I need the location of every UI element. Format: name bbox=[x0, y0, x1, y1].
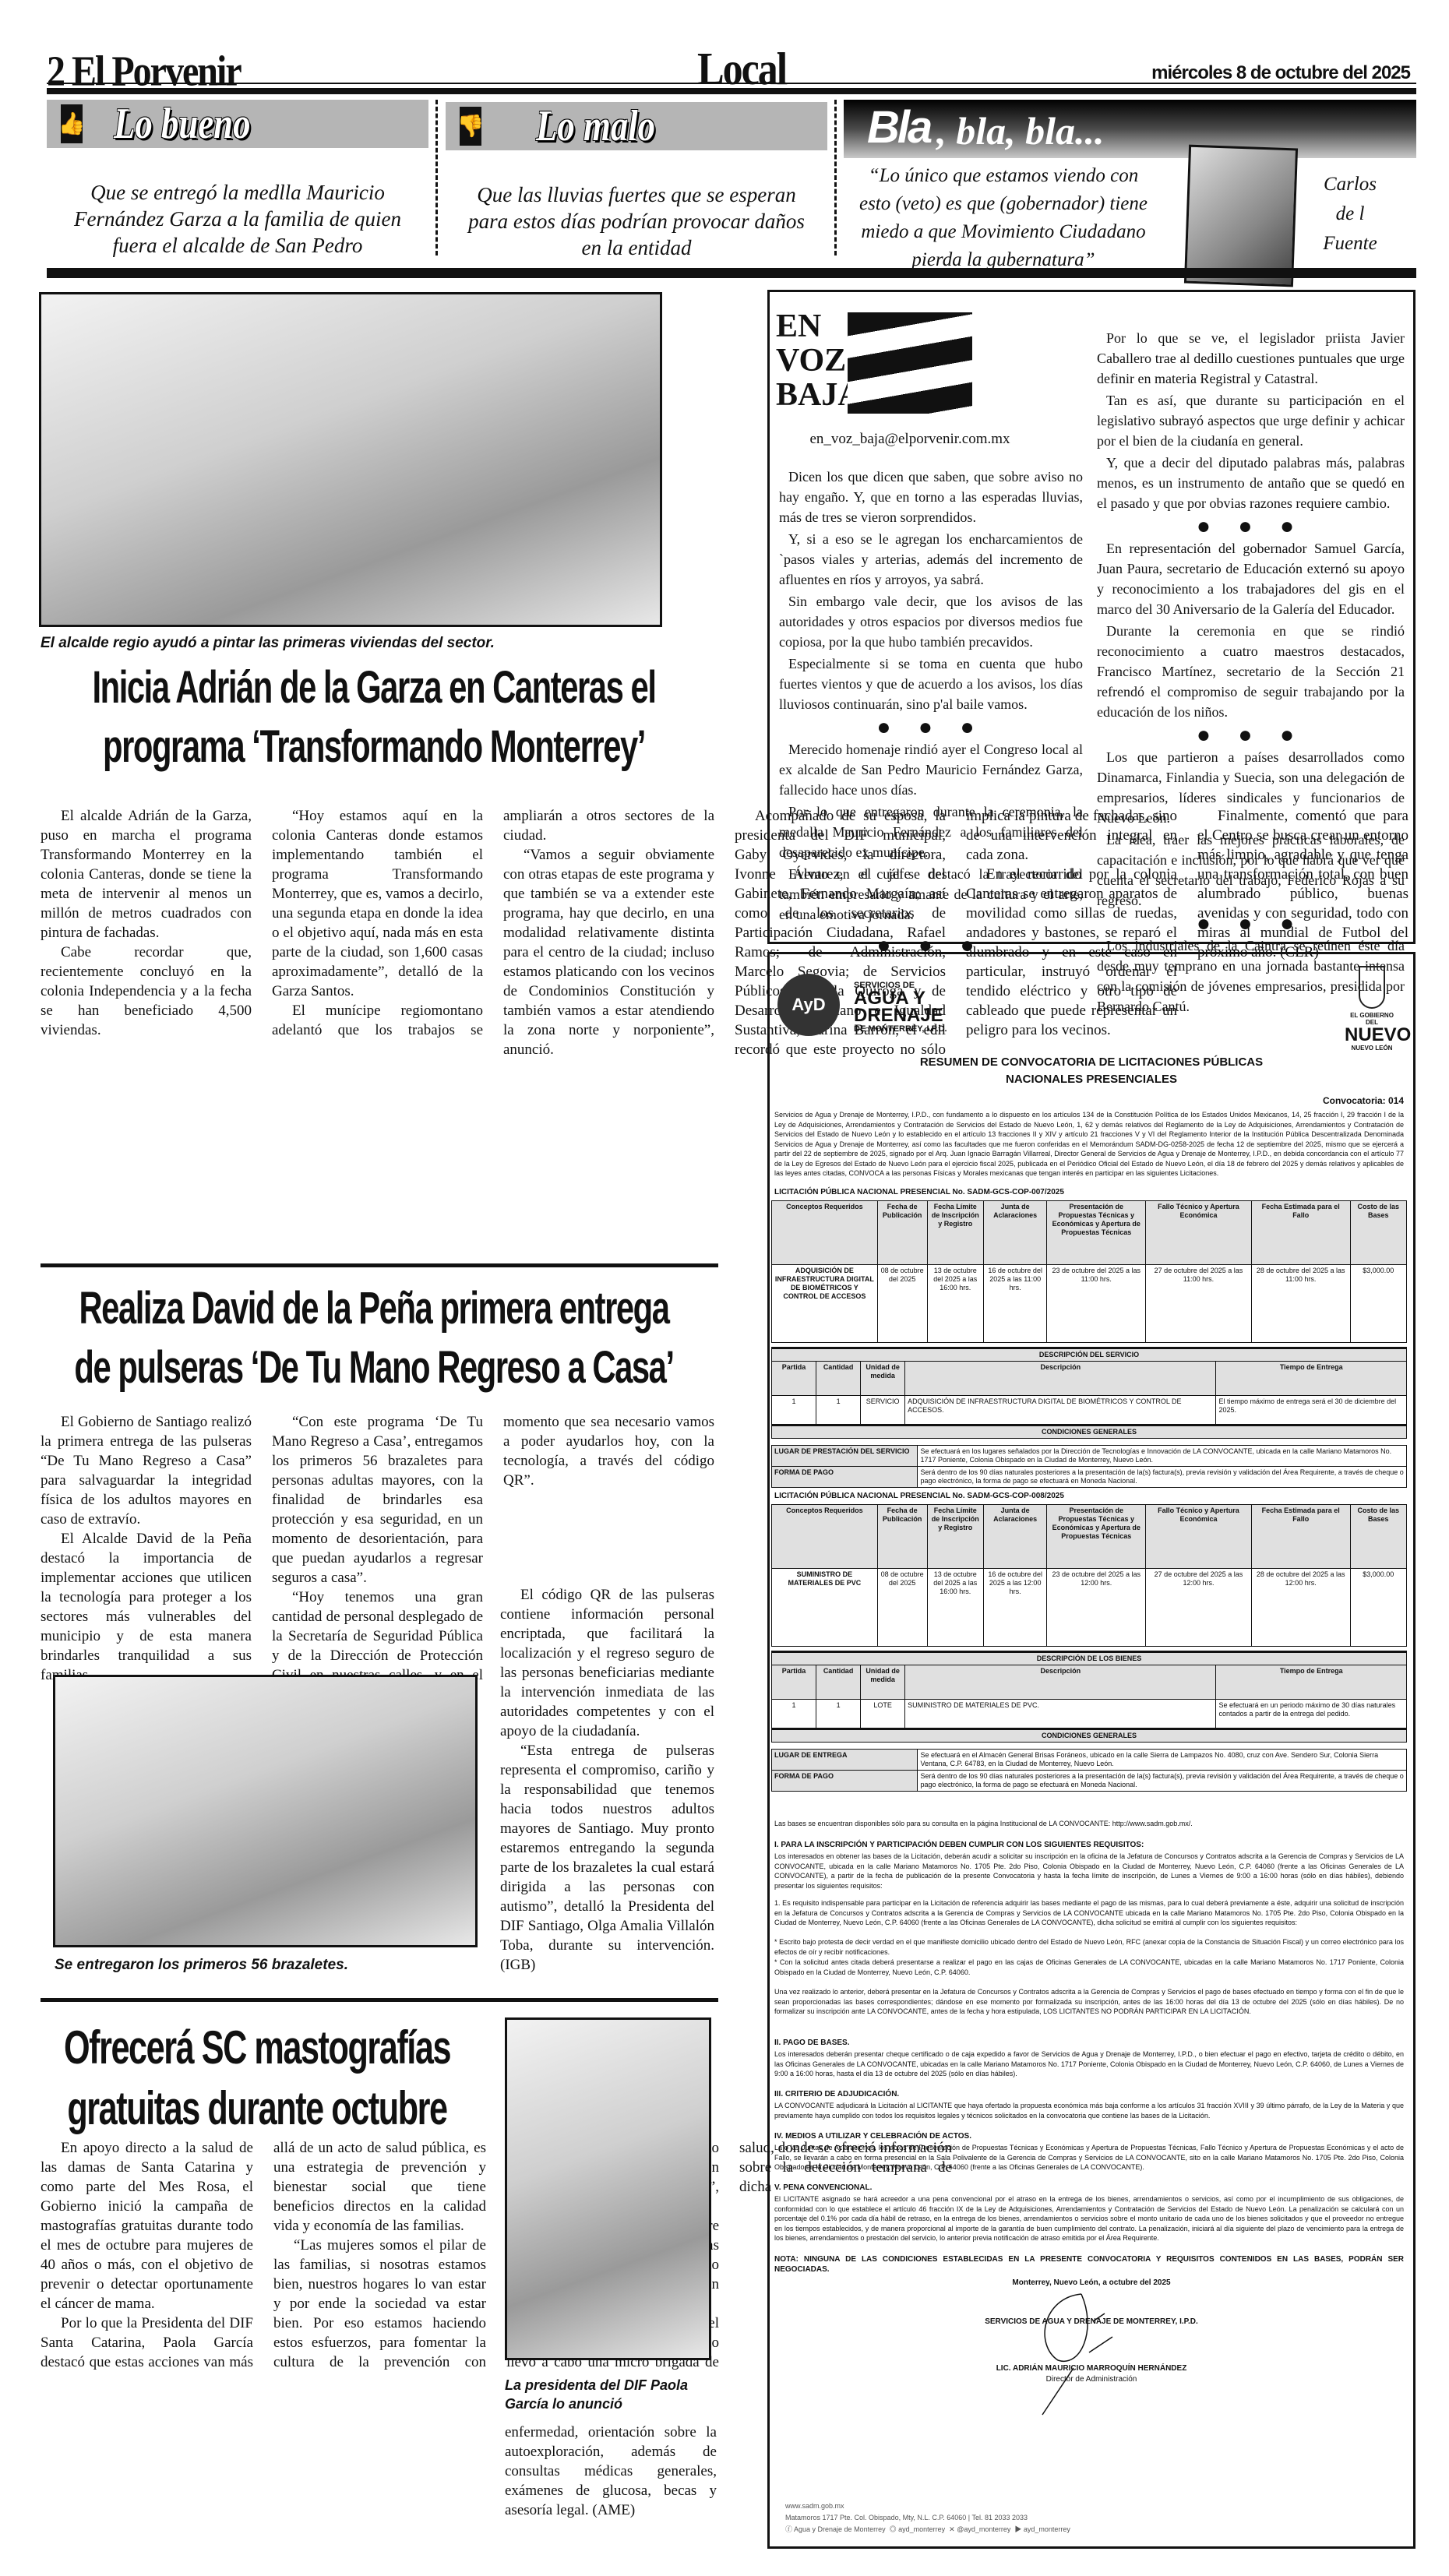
article1-caption: El alcalde regio ayudó a pintar las prim… bbox=[41, 635, 495, 652]
sadm-logo-text: SERVICIOS DE AGUA Y DRENAJE DE MONTERREY… bbox=[854, 981, 947, 1034]
social-handle[interactable]: Agua y Drenaje de Monterrey bbox=[794, 2525, 886, 2533]
table-header: Fecha Límite de Inscripción y Registro bbox=[927, 1201, 983, 1265]
footer-website[interactable]: www.sadm.gob.mx bbox=[785, 2500, 1070, 2512]
table-header: Costo de las Bases bbox=[1350, 1201, 1406, 1265]
section-3-text: LA CONVOCANTE adjudicará la Licitación a… bbox=[774, 2101, 1404, 2120]
coat-of-arms-icon bbox=[1359, 966, 1385, 1009]
table-cell: 1 bbox=[816, 1700, 861, 1729]
table-header: Partida bbox=[772, 1665, 816, 1700]
x-icon: ✕ bbox=[949, 2525, 957, 2533]
licitacion-2-table: Conceptos Requeridos Fecha de Publicació… bbox=[771, 1504, 1407, 1647]
table-cell: 28 de octubre del 2025 a las 12:00 hrs. bbox=[1251, 1569, 1350, 1647]
youtube-icon: ▶ bbox=[1014, 2525, 1024, 2533]
table-header: Fecha de Publicación bbox=[877, 1201, 927, 1265]
convocatoria-number: Convocatoria: 014 bbox=[1323, 1095, 1404, 1106]
thumbs-down-icon: 👎 bbox=[460, 107, 481, 146]
header-rule-thin bbox=[47, 83, 1416, 84]
section-1-bullet: * Con la solicitud antes citada deberá p… bbox=[774, 1958, 1404, 1977]
separator-dots: ● ● ● bbox=[779, 716, 1083, 739]
bla-person-name: Carlos de l Fuente bbox=[1319, 170, 1381, 259]
column-paragraph: Y, si a eso se le agregan los encharcami… bbox=[779, 529, 1083, 590]
table-cell: ADQUISICIÓN DE INFRAESTRUCTURA DIGITAL D… bbox=[772, 1265, 878, 1343]
social-handle[interactable]: ayd_monterrey bbox=[1024, 2525, 1070, 2533]
condition-text: Se efectuará en los lugares señalados po… bbox=[918, 1446, 1407, 1467]
social-handle[interactable]: ayd_monterrey bbox=[898, 2525, 945, 2533]
condition-label: FORMA DE PAGO bbox=[772, 1771, 918, 1792]
logo-line: DE MONTERREY, I.P.D. bbox=[854, 1024, 947, 1034]
table-header: Tiempo de Entrega bbox=[1216, 1665, 1407, 1700]
sadm-logo-icon: AyD bbox=[777, 974, 840, 1036]
table-band: CONDICIONES GENERALES bbox=[772, 1425, 1407, 1439]
table-header: Fecha Estimada para el Fallo bbox=[1251, 1201, 1350, 1265]
top-section-rule bbox=[47, 268, 1416, 278]
condition-text: Será dentro de los 90 días naturales pos… bbox=[918, 1467, 1407, 1488]
logo-line: NUEVO LEÓN bbox=[1345, 1045, 1399, 1052]
table-header: Descripción bbox=[905, 1665, 1216, 1700]
table-cell: 13 de octubre del 2025 a las 16:00 hrs. bbox=[927, 1265, 983, 1343]
lo-malo-text: Que las lluvias fuertes que se esperan p… bbox=[446, 181, 827, 261]
social-handle[interactable]: @ayd_monterrey bbox=[957, 2525, 1010, 2533]
column-paragraph: Durante la ceremonia en que se rindió re… bbox=[1097, 621, 1405, 722]
bla-title-rest: , bla, bla... bbox=[936, 108, 1104, 153]
section-1-requirement: 1. Es requisito indispensable para parti… bbox=[774, 1898, 1404, 1928]
section-3-title: III. CRITERIO DE ADJUDICACIÓN. bbox=[774, 2090, 1404, 2100]
table-band: DESCRIPCIÓN DEL SERVICIO bbox=[772, 1348, 1407, 1362]
table-header: Descripción bbox=[905, 1362, 1216, 1396]
table-header: Unidad de medida bbox=[861, 1362, 905, 1396]
column-divider bbox=[834, 100, 837, 255]
table-header: Partida bbox=[772, 1362, 816, 1396]
article1-paragraph: El alcalde Adrián de la Garza, puso en m… bbox=[41, 806, 252, 943]
article3-caption: La presidenta del DIF Paola García lo an… bbox=[505, 2376, 715, 2413]
title-line: NACIONALES PRESENCIALES bbox=[770, 1071, 1413, 1088]
footer-address: Matamoros 1717 Pte. Col. Obispado, Mty, … bbox=[785, 2512, 1070, 2524]
signer-title: Director de Administración bbox=[770, 2375, 1413, 2384]
article2-photo bbox=[53, 1675, 478, 1947]
article3-body: En apoyo directo a la salud de las damas… bbox=[41, 2138, 486, 2387]
column-divider bbox=[435, 100, 438, 255]
en-voz-baja-col1: Dicen los que dicen que saben, que sobre… bbox=[779, 467, 1083, 957]
licitacion-notice: AyD SERVICIOS DE AGUA Y DRENAJE DE MONTE… bbox=[767, 952, 1416, 2549]
table-header: Presentación de Propuestas Técnicas y Ec… bbox=[1047, 1505, 1146, 1569]
table-header: Cantidad bbox=[816, 1665, 861, 1700]
table-header: Tiempo de Entrega bbox=[1216, 1362, 1407, 1396]
condition-label: LUGAR DE PRESTACIÓN DEL SERVICIO bbox=[772, 1446, 918, 1467]
separator-dots: ● ● ● bbox=[1097, 724, 1405, 747]
table-cell: 23 de octubre del 2025 a las 11:00 hrs. bbox=[1047, 1265, 1146, 1343]
article1-paragraph: “Vamos a seguir obviamente con otras eta… bbox=[503, 845, 714, 1059]
table-cell: SUMINISTRO DE MATERIALES DE PVC. bbox=[905, 1700, 1216, 1729]
logo-line: DRENAJE bbox=[854, 1007, 947, 1024]
bla-title-bold: Bla bbox=[867, 101, 930, 153]
section-5-title: V. PENA CONVENCIONAL. bbox=[774, 2183, 1404, 2194]
facebook-icon: ⓕ bbox=[785, 2525, 794, 2533]
table-cell: 16 de octubre del 2025 a las 12:00 hrs. bbox=[983, 1569, 1046, 1647]
lo-bueno-title: Lo bueno bbox=[114, 99, 250, 149]
section-1-after: Una vez realizado lo anterior, deberá pr… bbox=[774, 1987, 1404, 2017]
signature-icon bbox=[1027, 2290, 1120, 2423]
table-header: Cantidad bbox=[816, 1362, 861, 1396]
bla-bla-bla-box: Bla , bla, bla... “Lo único que estamos … bbox=[844, 100, 1416, 255]
table-header: Fecha de Publicación bbox=[877, 1505, 927, 1569]
licitacion-2-description-table: DESCRIPCIÓN DE LOS BIENES Partida Cantid… bbox=[771, 1651, 1407, 1743]
column-paragraph: Merecido homenaje rindió ayer el Congres… bbox=[779, 739, 1083, 800]
table-header: Junta de Aclaraciones bbox=[983, 1505, 1046, 1569]
table-cell: 1 bbox=[772, 1396, 816, 1425]
table-cell: 16 de octubre del 2025 a las 11:00 hrs. bbox=[983, 1265, 1046, 1343]
column-paragraph: Especialmente si se toma en cuenta que h… bbox=[779, 654, 1083, 714]
separator-dots: ● ● ● bbox=[1097, 912, 1405, 936]
column-paragraph: Por lo que entregaron durante la ceremon… bbox=[779, 802, 1083, 862]
table-band: DESCRIPCIÓN DE LOS BIENES bbox=[772, 1652, 1407, 1665]
licitacion-1-description-table: DESCRIPCIÓN DEL SERVICIO Partida Cantida… bbox=[771, 1347, 1407, 1439]
article-separator bbox=[41, 1263, 718, 1267]
licitacion-1-label: LICITACIÓN PÚBLICA NACIONAL PRESENCIAL N… bbox=[774, 1188, 1404, 1198]
table-header: Fecha Límite de Inscripción y Registro bbox=[927, 1505, 983, 1569]
article3-paragraph: enfermedad, orientación sobre la autoexp… bbox=[505, 2423, 717, 2520]
column-paragraph: La idea, traer las mejores prácticas lab… bbox=[1097, 830, 1405, 911]
article2-paragraph: El código QR de las pulseras contiene in… bbox=[500, 1585, 714, 1741]
section-4-title: IV. MEDIOS A UTILIZAR Y CELEBRACIÓN DE A… bbox=[774, 2132, 1404, 2142]
section-5-text: El LICITANTE asignado se hará acreedor a… bbox=[774, 2194, 1404, 2243]
header-rule bbox=[47, 88, 1416, 94]
article1-photo bbox=[39, 292, 662, 627]
notice-footer: www.sadm.gob.mx Matamoros 1717 Pte. Col.… bbox=[785, 2500, 1070, 2535]
table-cell: LOTE bbox=[861, 1700, 905, 1729]
article3-photo bbox=[505, 2017, 711, 2360]
bla-quote: “Lo único que estamos viendo con esto (v… bbox=[851, 162, 1155, 274]
thumbs-up-icon: 👍 bbox=[61, 104, 83, 143]
condition-label: FORMA DE PAGO bbox=[772, 1467, 918, 1488]
article2-paragraph: El Gobierno de Santiago realizó la prime… bbox=[41, 1412, 252, 1529]
en-voz-baja-email[interactable]: en_voz_baja@elporvenir.com.mx bbox=[793, 431, 1027, 448]
article1-paragraph: Cabe recordar que, recientemente concluy… bbox=[41, 943, 252, 1040]
lo-malo-title: Lo malo bbox=[536, 101, 655, 151]
licitacion-1-conditions-table: LUGAR DE PRESTACIÓN DEL SERVICIOSe efect… bbox=[771, 1445, 1407, 1488]
section-4-text: La o las Juntas de Aclaraciones, los act… bbox=[774, 2143, 1404, 2173]
notice-title: RESUMEN DE CONVOCATORIA DE LICITACIONES … bbox=[770, 1054, 1413, 1088]
article1-body: El alcalde Adrián de la Garza, puso en m… bbox=[41, 806, 714, 1063]
table-header: Costo de las Bases bbox=[1350, 1505, 1406, 1569]
lo-malo-banner: 👎 Lo malo bbox=[446, 102, 827, 150]
logo-line: NUEVO bbox=[1345, 1026, 1399, 1045]
person-photo bbox=[1184, 145, 1298, 287]
bases-note: Las bases se encuentran disponibles sólo… bbox=[774, 1819, 1404, 1829]
en-voz-baja-col2: Por lo que se ve, el legislador priista … bbox=[1097, 328, 1405, 1018]
table-cell: $3,000.00 bbox=[1350, 1265, 1406, 1343]
table-cell: $3,000.00 bbox=[1350, 1569, 1406, 1647]
table-header: Conceptos Requeridos bbox=[772, 1201, 878, 1265]
table-cell: 27 de octubre del 2025 a las 11:00 hrs. bbox=[1146, 1265, 1252, 1343]
table-header: Fecha Estimada para el Fallo bbox=[1251, 1505, 1350, 1569]
column-paragraph: Los que partieron a países desarrollados… bbox=[1097, 747, 1405, 828]
nuevo-leon-logo: EL GOBIERNO DEL NUEVO NUEVO LEÓN bbox=[1345, 966, 1399, 1052]
title-line: RESUMEN DE CONVOCATORIA DE LICITACIONES … bbox=[770, 1054, 1413, 1071]
article2-caption: Se entregaron los primeros 56 brazaletes… bbox=[55, 1957, 348, 1974]
article3-headline: Ofrecerá SC mastografías gratuitas duran… bbox=[10, 2017, 504, 2139]
separator-dots: ● ● ● bbox=[1097, 515, 1405, 538]
nota: NOTA: NINGUNA DE LAS CONDICIONES ESTABLE… bbox=[774, 2255, 1404, 2275]
section-1-text: Los interesados en obtener las bases de … bbox=[774, 1852, 1404, 1891]
column-paragraph: En representación del gobernador Samuel … bbox=[1097, 538, 1405, 619]
table-cell: El tiempo máximo de entrega será el 30 d… bbox=[1216, 1396, 1407, 1425]
article2-headline: Realiza David de la Peña primera entrega… bbox=[65, 1279, 682, 1397]
article2-paragraph: “Esta entrega de pulseras representa el … bbox=[500, 1741, 714, 1975]
table-cell: 13 de octubre del 2025 a las 16:00 hrs. bbox=[927, 1569, 983, 1647]
condition-label: LUGAR DE ENTREGA bbox=[772, 1750, 918, 1771]
table-cell: Se efectuará en un periodo máximo de 30 … bbox=[1216, 1700, 1407, 1729]
en-voz-baja-column: EN VOZ BAJA en_voz_baja@elporvenir.com.m… bbox=[767, 290, 1416, 944]
table-cell: 08 de octubre del 2025 bbox=[877, 1265, 927, 1343]
article3-paragraph: En apoyo directo a la salud de las damas… bbox=[41, 2138, 253, 2313]
place-date: Monterrey, Nuevo León, a octubre del 202… bbox=[770, 2278, 1413, 2287]
column-paragraph: Por lo que se ve, el legislador priista … bbox=[1097, 328, 1405, 389]
licitacion-2-label: LICITACIÓN PÚBLICA NACIONAL PRESENCIAL N… bbox=[774, 1492, 1404, 1502]
column-paragraph: Evento en el cuál se destacó la trayecto… bbox=[779, 864, 1083, 925]
crickets-illustration bbox=[848, 312, 972, 414]
table-cell: ADQUISICIÓN DE INFRAESTRUCTURA DIGITAL D… bbox=[905, 1396, 1216, 1425]
lo-bueno-box: 👍 Lo bueno Que se entregó la medlla Maur… bbox=[47, 100, 428, 255]
lo-bueno-text: Que se entregó la medlla Mauricio Fernán… bbox=[47, 179, 428, 259]
table-header: Presentación de Propuestas Técnicas y Ec… bbox=[1047, 1201, 1146, 1265]
condition-text: Se efectuará en el Almacén General Brisa… bbox=[918, 1750, 1407, 1771]
article-separator bbox=[41, 1998, 718, 2002]
section-2-title: II. PAGO DE BASES. bbox=[774, 2039, 1404, 2049]
lo-bueno-banner: 👍 Lo bueno bbox=[47, 100, 428, 148]
lo-malo-box: 👎 Lo malo Que las lluvias fuertes que se… bbox=[446, 100, 827, 255]
licitacion-2-conditions-table: LUGAR DE ENTREGASe efectuará en el Almac… bbox=[771, 1749, 1407, 1792]
section-1-bullet: * Escrito bajo protesta de decir verdad … bbox=[774, 1937, 1404, 1957]
section-2-text: Los interesados deberán presentar cheque… bbox=[774, 2049, 1404, 2079]
condition-text: Será dentro de los 90 días naturales pos… bbox=[918, 1771, 1407, 1792]
article2-paragraph: El Alcalde David de la Peña destacó la i… bbox=[41, 1529, 252, 1685]
column-paragraph: Dicen los que dicen que saben, que sobre… bbox=[779, 467, 1083, 527]
table-band: CONDICIONES GENERALES bbox=[772, 1729, 1407, 1743]
signer-name: LIC. ADRIÁN MAURICIO MARROQUÍN HERNÁNDEZ bbox=[770, 2364, 1413, 2373]
article2-paragraph: “Con este programa ‘De Tu Mano Regreso a… bbox=[272, 1412, 483, 1588]
issue-date: miércoles 8 de octubre del 2025 bbox=[1151, 62, 1410, 84]
column-paragraph: Y, que a decir del diputado palabras más… bbox=[1097, 453, 1405, 513]
column-paragraph: Tan es así, que durante su participación… bbox=[1097, 390, 1405, 451]
table-cell: 08 de octubre del 2025 bbox=[877, 1569, 927, 1647]
article3-body-side: enfermedad, orientación sobre la autoexp… bbox=[505, 2423, 717, 2520]
bla-banner: Bla , bla, bla... bbox=[844, 100, 1416, 158]
table-header: Fallo Técnico y Apertura Económica bbox=[1146, 1201, 1252, 1265]
footer-social: ⓕ Agua y Drenaje de Monterrey ◎ ayd_mont… bbox=[785, 2524, 1070, 2535]
article1-paragraph: “Hoy estamos aquí en la colonia Canteras… bbox=[272, 806, 483, 1001]
table-cell: 27 de octubre del 2025 a las 12:00 hrs. bbox=[1146, 1569, 1252, 1647]
table-cell: SERVICIO bbox=[861, 1396, 905, 1425]
table-cell: 1 bbox=[816, 1396, 861, 1425]
table-cell: SUMINISTRO DE MATERIALES DE PVC bbox=[772, 1569, 878, 1647]
table-cell: 28 de octubre del 2025 a las 11:00 hrs. bbox=[1251, 1265, 1350, 1343]
instagram-icon: ◎ bbox=[890, 2525, 899, 2533]
section-1-title: I. PARA LA INSCRIPCIÓN Y PARTICIPACIÓN D… bbox=[774, 1841, 1404, 1851]
table-header: Conceptos Requeridos bbox=[772, 1505, 878, 1569]
notice-intro: Servicios de Agua y Drenaje de Monterrey… bbox=[774, 1110, 1404, 1179]
table-header: Junta de Aclaraciones bbox=[983, 1201, 1046, 1265]
table-header: Fallo Técnico y Apertura Económica bbox=[1146, 1505, 1252, 1569]
article1-headline: Inicia Adrián de la Garza en Canteras el… bbox=[65, 658, 682, 777]
article2-body-side: El código QR de las pulseras contiene in… bbox=[500, 1585, 714, 1975]
table-cell: 1 bbox=[772, 1700, 816, 1729]
column-paragraph: Sin embargo vale decir, que los avisos d… bbox=[779, 591, 1083, 652]
licitacion-1-table: Conceptos Requeridos Fecha de Publicació… bbox=[771, 1200, 1407, 1343]
table-header: Unidad de medida bbox=[861, 1665, 905, 1700]
table-cell: 23 de octubre del 2025 a las 12:00 hrs. bbox=[1047, 1569, 1146, 1647]
